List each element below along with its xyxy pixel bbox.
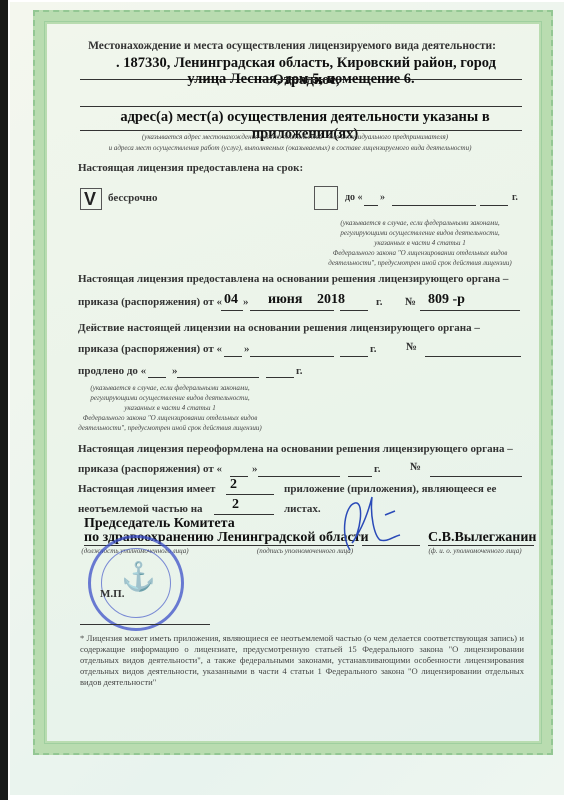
- extension-note-line: регулирующими осуществление видов деятел…: [70, 393, 270, 403]
- reissue-order-label: приказа (распоряжения) от «: [78, 463, 222, 475]
- quote-close: »: [243, 296, 249, 308]
- until-year-field[interactable]: [480, 205, 508, 206]
- term-note-line: Федерального закона "О лицензировании от…: [300, 248, 540, 258]
- caption-name: (ф. и. о. уполномоченного лица): [410, 546, 540, 556]
- scan-edge: [0, 0, 8, 800]
- until-checkbox[interactable]: [314, 186, 338, 210]
- check-mark-icon: V: [84, 189, 96, 210]
- term-note-line: (указывается в случае, если федеральными…: [300, 218, 540, 228]
- sheets-count-field: [214, 514, 274, 515]
- location-note-2: и адреса мест осуществления работ (услуг…: [40, 143, 540, 153]
- extended-until-label: продлено до «: [78, 365, 146, 377]
- until-month-field[interactable]: [392, 205, 476, 206]
- activity-underline: [80, 130, 522, 131]
- address-underline-2: [80, 106, 522, 107]
- extension-day-field[interactable]: [224, 356, 242, 357]
- location-note-1: (указывается адрес местонахождения (мест…: [60, 132, 530, 142]
- address-line-2: улица Лесная, дом 5, помещение 6.: [80, 71, 522, 88]
- basis-number-field: [420, 310, 520, 311]
- location-heading: Местонахождение и места осуществления ли…: [72, 40, 512, 52]
- extension-number-field[interactable]: [425, 356, 521, 357]
- extension-note: (указывается в случае, если федеральными…: [70, 383, 270, 433]
- basis-day: 04: [224, 292, 238, 308]
- reissue-number-field[interactable]: [430, 476, 522, 477]
- extension-note-line: указанных в части 4 статьи 1: [70, 403, 270, 413]
- number-sign: №: [410, 461, 421, 473]
- year-suffix: г.: [374, 463, 381, 475]
- year-suffix: г.: [296, 365, 303, 377]
- term-note-line: указанных в части 4 статьи 1: [300, 238, 540, 248]
- extended-day-field[interactable]: [148, 377, 166, 378]
- basis-day-field: [221, 310, 243, 311]
- basis-month: июня: [268, 292, 302, 308]
- quote-close: »: [252, 463, 258, 475]
- extension-note-line: Федерального закона "О лицензировании от…: [70, 413, 270, 423]
- year-suffix: г.: [370, 343, 377, 355]
- footnote-divider: [80, 624, 210, 625]
- stamp-place-label: М.П.: [100, 588, 124, 600]
- term-note: (указывается в случае, если федеральными…: [300, 218, 540, 268]
- quote-close: »: [172, 365, 178, 377]
- extension-month-field[interactable]: [250, 356, 334, 357]
- indefinite-checkbox[interactable]: V: [80, 188, 102, 210]
- term-note-line: деятельности", предусмотрен иной срок де…: [300, 258, 540, 268]
- appendix-suffix: приложение (приложения), являющееся ее: [284, 483, 496, 495]
- appendix-count-field: [226, 494, 274, 495]
- signer-name: С.В.Вылегжанин: [428, 530, 537, 546]
- extension-year-field[interactable]: [340, 356, 368, 357]
- basis-year: 2018: [317, 292, 345, 308]
- number-sign: №: [406, 341, 417, 353]
- year-suffix: г.: [512, 192, 518, 203]
- indefinite-label: бессрочно: [108, 192, 158, 204]
- basis-number: 809 -р: [428, 292, 465, 308]
- appendix-count: 2: [230, 477, 237, 493]
- basis-heading: Настоящая лицензия предоставлена на осно…: [78, 273, 508, 285]
- basis-year-field: [340, 310, 368, 311]
- basis-month-field: [250, 310, 334, 311]
- number-sign: №: [405, 296, 416, 308]
- sheets-label: неотъемлемой частью на: [78, 503, 203, 515]
- reissue-year-field[interactable]: [348, 476, 372, 477]
- appendix-label: Настоящая лицензия имеет: [78, 483, 215, 495]
- term-note-line: регулирующими осуществление видов деятел…: [300, 228, 540, 238]
- quote-close: »: [380, 192, 385, 203]
- year-suffix: г.: [376, 296, 383, 308]
- reissue-month-field[interactable]: [258, 476, 340, 477]
- quote-close: »: [244, 343, 250, 355]
- footnote: * Лицензия может иметь приложения, являю…: [80, 633, 524, 688]
- extension-note-line: (указывается в случае, если федеральными…: [70, 383, 270, 393]
- reissue-heading: Настоящая лицензия переоформлена на осно…: [78, 443, 513, 455]
- official-seal: [88, 535, 184, 631]
- extended-year-field[interactable]: [266, 377, 294, 378]
- until-label: до «: [345, 192, 363, 203]
- sheets-suffix: листах.: [284, 503, 321, 515]
- extended-month-field[interactable]: [177, 377, 259, 378]
- until-day-field[interactable]: [364, 205, 378, 206]
- term-heading: Настоящая лицензия предоставлена на срок…: [78, 162, 303, 174]
- extension-note-line: деятельности", предусмотрен иной срок де…: [70, 423, 270, 433]
- sheets-count: 2: [232, 497, 239, 513]
- extension-order-label: приказа (распоряжения) от «: [78, 343, 222, 355]
- basis-order-label: приказа (распоряжения) от «: [78, 296, 222, 308]
- handwritten-signature-icon: [330, 495, 410, 555]
- extension-heading: Действие настоящей лицензии на основании…: [78, 322, 480, 334]
